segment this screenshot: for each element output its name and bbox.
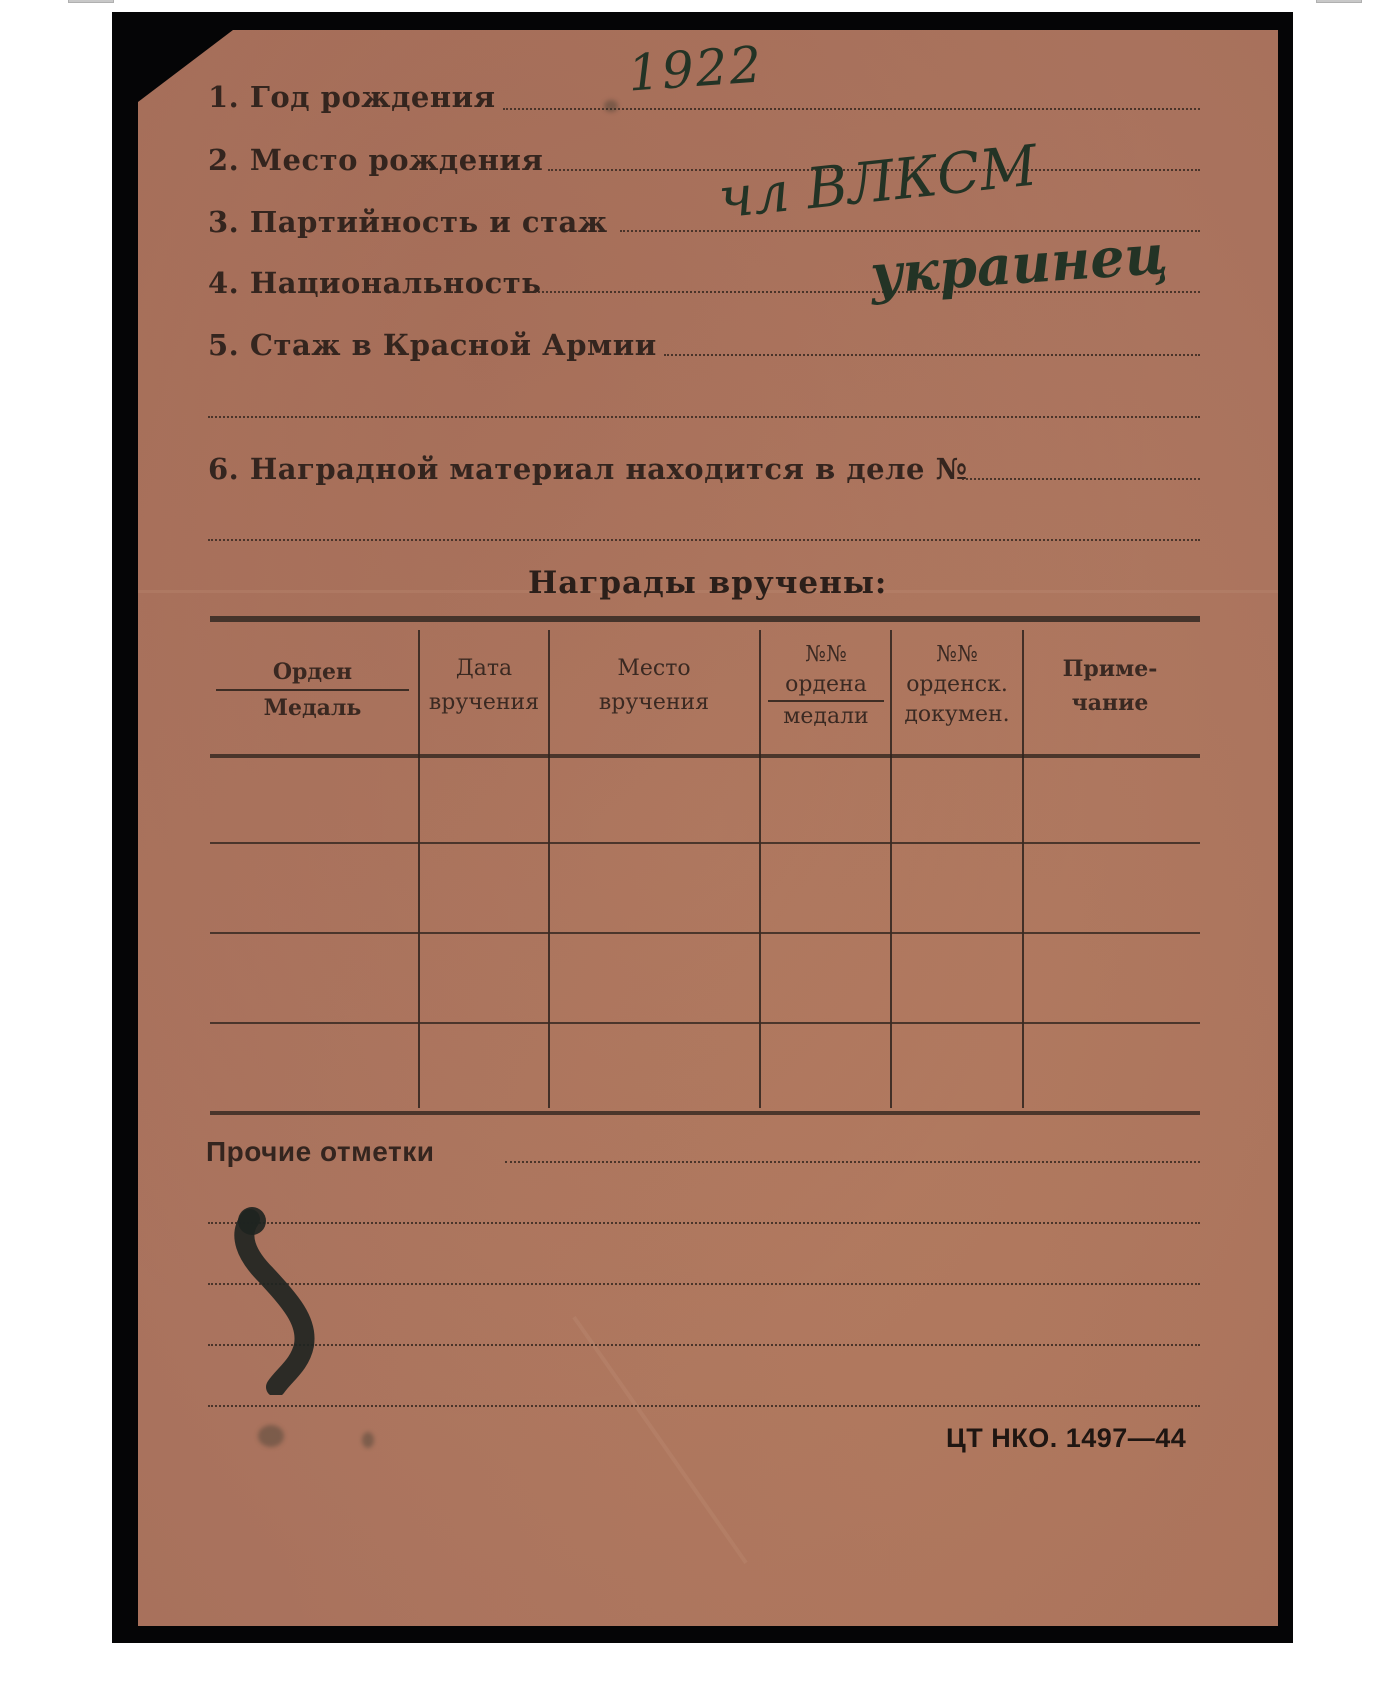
notes-line bbox=[208, 1405, 1200, 1407]
table-bottom-rule bbox=[210, 1111, 1200, 1115]
table-top-rule bbox=[210, 616, 1200, 622]
field-line bbox=[525, 291, 1200, 293]
field-value-handwritten: 1922 bbox=[626, 35, 765, 102]
table-header-bottom-rule bbox=[210, 754, 1200, 758]
row-rule bbox=[210, 842, 1200, 844]
field-line bbox=[962, 478, 1200, 480]
stain bbox=[604, 100, 618, 112]
section-title: Награды вручены: bbox=[528, 565, 887, 601]
notes-line bbox=[208, 1222, 1200, 1224]
form-print-code: ЦТ НКО. 1497—44 bbox=[946, 1423, 1186, 1454]
column-header-notes: Приме- чание bbox=[1025, 652, 1195, 720]
column-divider bbox=[890, 630, 892, 1108]
column-header-document-number: №№ орденск. докумен. bbox=[893, 640, 1021, 730]
field-label: 1. Год рождения bbox=[208, 80, 496, 114]
column-header-order-medal: Орден Медаль bbox=[210, 655, 415, 725]
stain bbox=[258, 1425, 284, 1447]
paper-crease bbox=[572, 1316, 747, 1564]
column-divider bbox=[759, 630, 761, 1108]
column-header-date: Дата вручения bbox=[420, 652, 548, 720]
row-rule bbox=[210, 932, 1200, 934]
notes-line bbox=[505, 1161, 1200, 1163]
field-label: 4. Национальность bbox=[208, 266, 541, 300]
field-line bbox=[664, 354, 1200, 356]
field-label: 2. Место рождения bbox=[208, 143, 543, 177]
viewer-corner-mark-right bbox=[1316, 0, 1362, 3]
column-header-order-number: №№ ордена медали bbox=[762, 640, 890, 732]
field-line-continuation bbox=[208, 539, 1200, 541]
field-label: 5. Стаж в Красной Армии bbox=[208, 328, 657, 362]
notes-line bbox=[208, 1344, 1200, 1346]
column-divider bbox=[1022, 630, 1024, 1108]
column-header-place: Место вручения bbox=[550, 652, 758, 720]
field-line-continuation bbox=[208, 416, 1200, 418]
stain bbox=[362, 1432, 374, 1448]
row-rule bbox=[210, 1022, 1200, 1024]
notes-line bbox=[208, 1283, 1200, 1285]
ink-stroke-mark bbox=[228, 1205, 338, 1395]
field-label: 6. Наградной материал находится в деле № bbox=[208, 452, 968, 486]
field-label: 3. Партийность и стаж bbox=[208, 205, 608, 239]
viewer-corner-mark-left bbox=[68, 0, 114, 3]
other-notes-label: Прочие отметки bbox=[206, 1136, 434, 1168]
